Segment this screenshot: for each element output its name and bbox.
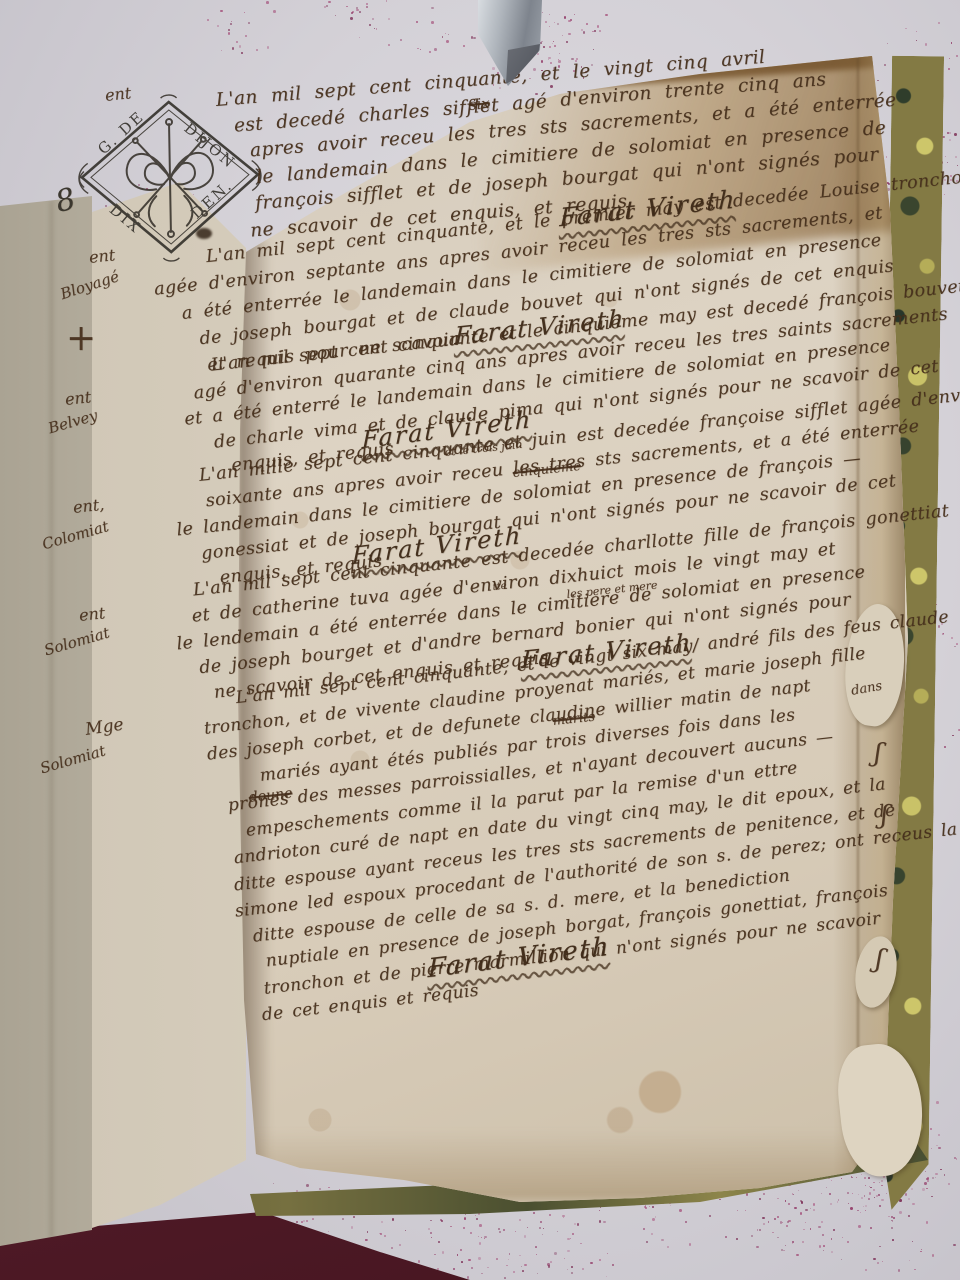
margin-note: ent (64, 387, 92, 409)
interlinear-note: ʃ (874, 944, 885, 975)
margin-note: Belvey (46, 406, 100, 437)
interlinear-note: ʃ (880, 800, 889, 830)
interlinear-note: les pere et mere (566, 578, 658, 600)
margin-note: ent (78, 603, 106, 625)
cure-signature: Farat Vireth (352, 521, 523, 570)
cure-signature: Farat Vireth (427, 932, 610, 985)
interlinear-note: ʃ (873, 738, 883, 769)
interlinear-note: six (468, 94, 490, 114)
margin-note: Bloyagé (58, 267, 121, 303)
margin-note: ent, (72, 495, 105, 517)
margin-note: Solomiat (42, 623, 112, 659)
margin-note: Colomiat (40, 517, 111, 553)
margin-note: ent (88, 245, 116, 267)
cure-signature: Farat Vireth (454, 304, 626, 350)
annotations: Farat VirethFarat VirethFarat VirethFara… (0, 0, 960, 1280)
cure-signature: Farat Vireth (559, 184, 737, 232)
margin-note: + (66, 318, 96, 359)
margin-note: Mge (84, 715, 125, 740)
interlinear-note: tte (492, 581, 507, 593)
margin-note: 8 (52, 181, 79, 220)
interlinear-note: doune (248, 785, 293, 805)
interlinear-note: cinquieme (512, 459, 582, 481)
manuscript-photo: G. DE DIJON DIX DEN. L'an mil sept cent … (0, 0, 960, 1280)
interlinear-note: dans (850, 679, 883, 699)
margin-note: ent (104, 83, 132, 105)
interlinear-note: marits (552, 710, 596, 729)
cure-signature: Farat Vireth (521, 628, 693, 674)
margin-note: Solomiat (38, 741, 108, 777)
